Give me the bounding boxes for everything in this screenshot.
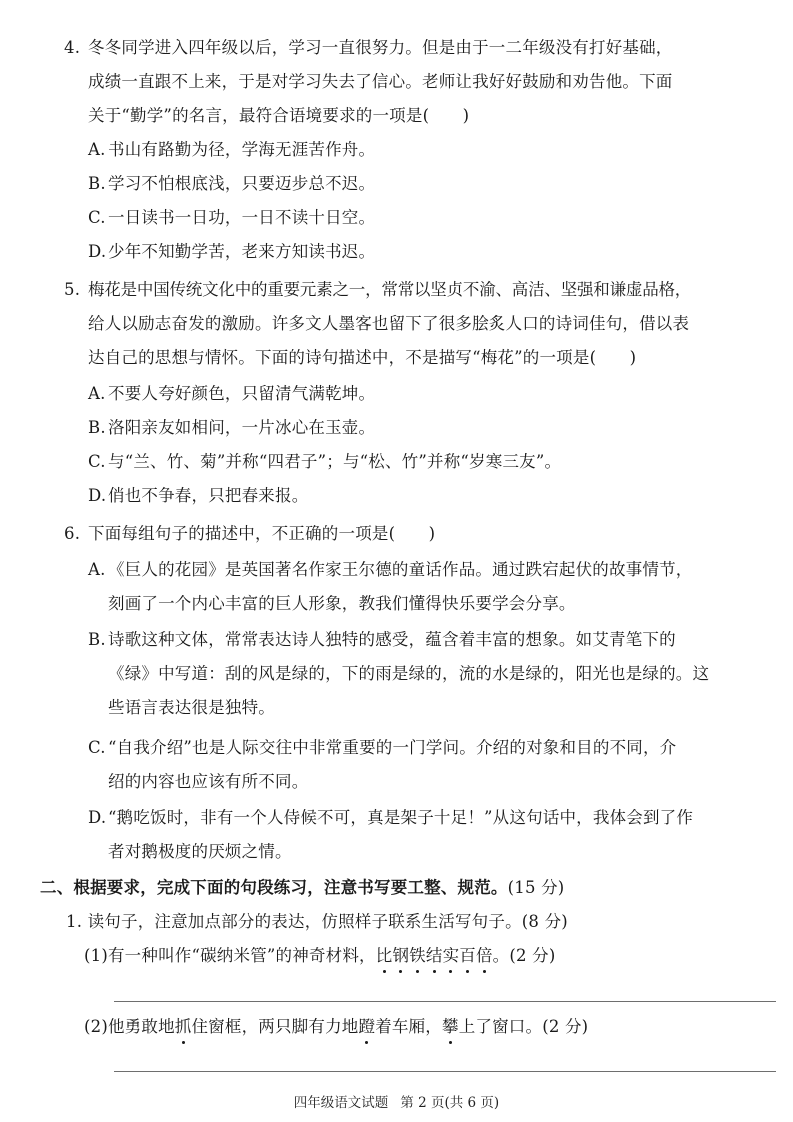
option-text-a: 书山有路勤为径，学海无涯苦作舟。 xyxy=(108,140,375,160)
section-heading-text: 二、根据要求，完成下面的句段练习，注意书写要工整、规范。 xyxy=(40,878,508,897)
answer-line-1[interactable] xyxy=(114,1001,776,1002)
option-text-c: 与“兰、竹、菊”并称“四君子”；与“松、竹”并称“岁寒三友”。 xyxy=(108,452,561,472)
option-label-a: A. xyxy=(88,140,106,160)
option-text-b: 洛阳亲友如相问，一片冰心在玉壶。 xyxy=(108,418,375,438)
option-text-b: 些语言表达很是独特。 xyxy=(108,698,275,718)
answer-line-2[interactable] xyxy=(114,1071,776,1072)
emphasis-char: 倍 xyxy=(476,946,493,966)
question-stem-line: 成绩一直跟不上来，于是对学习失去了信心。老师让我好好鼓励和劝告他。下面 xyxy=(88,72,673,92)
emphasis-char: 铁 xyxy=(409,946,426,966)
emphasis-char: 蹬 xyxy=(358,1017,375,1037)
option-label-c: C. xyxy=(88,208,106,228)
question-stem-line: 关于“勤学”的名言，最符合语境要求的一项是( ) xyxy=(88,106,469,126)
footer-title: 四年级语文试题 xyxy=(294,1095,389,1111)
emphasis-char: 百 xyxy=(459,946,476,966)
option-text-a: 不要人夸好颜色，只留清气满乾坤。 xyxy=(108,384,375,404)
option-text-b: 《绿》中写道：刮的风是绿的，下的雨是绿的，流的水是绿的，阳光也是绿的。这 xyxy=(108,664,709,684)
emphasis-char: 实 xyxy=(443,946,460,966)
option-text-d: 者对鹅极度的厌烦之情。 xyxy=(108,842,292,862)
option-label-d: D. xyxy=(88,808,106,828)
option-text-c: 一日读书一日功，一日不读十日空。 xyxy=(108,208,375,228)
option-text-c: “自我介绍”也是人际交往中非常重要的一门学问。介绍的对象和目的不同，介 xyxy=(108,738,676,758)
dotted-phrase: 比钢铁结实百倍 xyxy=(376,946,493,965)
question-stem-line: 达自己的思想与情怀。下面的诗句描述中，不是描写“梅花”的一项是( ) xyxy=(88,348,636,368)
question-number: 5. xyxy=(64,280,80,300)
emphasis-char: 钢 xyxy=(392,946,409,966)
sentence-text: 着车厢， xyxy=(375,1017,442,1036)
example-sentence-2: (2)他勇敢地抓住窗框，两只脚有力地蹬着车厢，攀上了窗口。(2 分) xyxy=(84,1017,588,1037)
option-label-a: A. xyxy=(88,384,106,404)
option-text-d: “鹅吃饭时，非有一个人侍候不可，真是架子十足！”从这句话中，我体会到了作 xyxy=(108,808,693,828)
option-label-c: C. xyxy=(88,738,106,758)
question-stem-line: 梅花是中国传统文化中的重要元素之一，常常以坚贞不渝、高洁、坚强和谦虚品格， xyxy=(88,280,691,300)
option-text-a: 《巨人的花园》是英国著名作家王尔德的童话作品。通过跌宕起伏的故事情节， xyxy=(108,560,693,580)
option-label-d: D. xyxy=(88,486,106,506)
option-text-c: 绍的内容也应该有所不同。 xyxy=(108,772,308,792)
example-sentence-1: (1)有一种叫作“碳纳米管”的神奇材料，比钢铁结实百倍。(2 分) xyxy=(84,946,556,966)
question-stem-line: 冬冬同学进入四年级以后，学习一直很努力。但是由于一二年级没有打好基础， xyxy=(88,38,673,58)
emphasis-char: 攀 xyxy=(442,1017,459,1037)
emphasis-char: 比 xyxy=(376,946,393,966)
option-label-b: B. xyxy=(88,418,106,438)
sub-question-1: 1. 读句子，注意加点部分的表达，仿照样子联系生活写句子。(8 分) xyxy=(66,912,568,932)
section-heading: 二、根据要求，完成下面的句段练习，注意书写要工整、规范。(15 分) xyxy=(40,878,564,898)
example-prefix: (1)有一种叫作“碳纳米管”的神奇材料， xyxy=(84,946,376,965)
emphasis-char: 结 xyxy=(426,946,443,966)
option-label-b: B. xyxy=(88,174,106,194)
page-footer: 四年级语文试题第 2 页(共 6 页) xyxy=(0,1094,793,1112)
option-text-a: 刻画了一个内心丰富的巨人形象，教我们懂得快乐要学会分享。 xyxy=(108,594,576,614)
example-suffix: 。(2 分) xyxy=(493,946,556,965)
question-stem-line: 给人以励志奋发的激励。许多文人墨客也留下了很多脍炙人口的诗词佳句，借以表 xyxy=(88,314,689,334)
question-number: 6. xyxy=(64,524,80,544)
option-text-b: 诗歌这种文体，常常表达诗人独特的感受，蕴含着丰富的想象。如艾青笔下的 xyxy=(108,630,676,650)
option-text-d: 少年不知勤学苦，老来方知读书迟。 xyxy=(108,242,375,262)
sentence-text: 住窗框，两只脚有力地 xyxy=(191,1017,358,1036)
option-label-d: D. xyxy=(88,242,106,262)
option-label-a: A. xyxy=(88,560,106,580)
option-label-c: C. xyxy=(88,452,106,472)
sentence-text: 上了窗口。(2 分) xyxy=(459,1017,589,1036)
question-number: 4. xyxy=(64,38,80,58)
footer-page-number: 第 2 页(共 6 页) xyxy=(400,1095,499,1111)
section-score: (15 分) xyxy=(508,878,565,897)
emphasis-char: 抓 xyxy=(175,1017,192,1037)
question-stem-line: 下面每组句子的描述中，不正确的一项是( ) xyxy=(88,524,435,544)
option-label-b: B. xyxy=(88,630,106,650)
sentence-text: (2)他勇敢地 xyxy=(84,1017,175,1036)
option-text-b: 学习不怕根底浅，只要迈步总不迟。 xyxy=(108,174,375,194)
option-text-d: 俏也不争春，只把春来报。 xyxy=(108,486,308,506)
